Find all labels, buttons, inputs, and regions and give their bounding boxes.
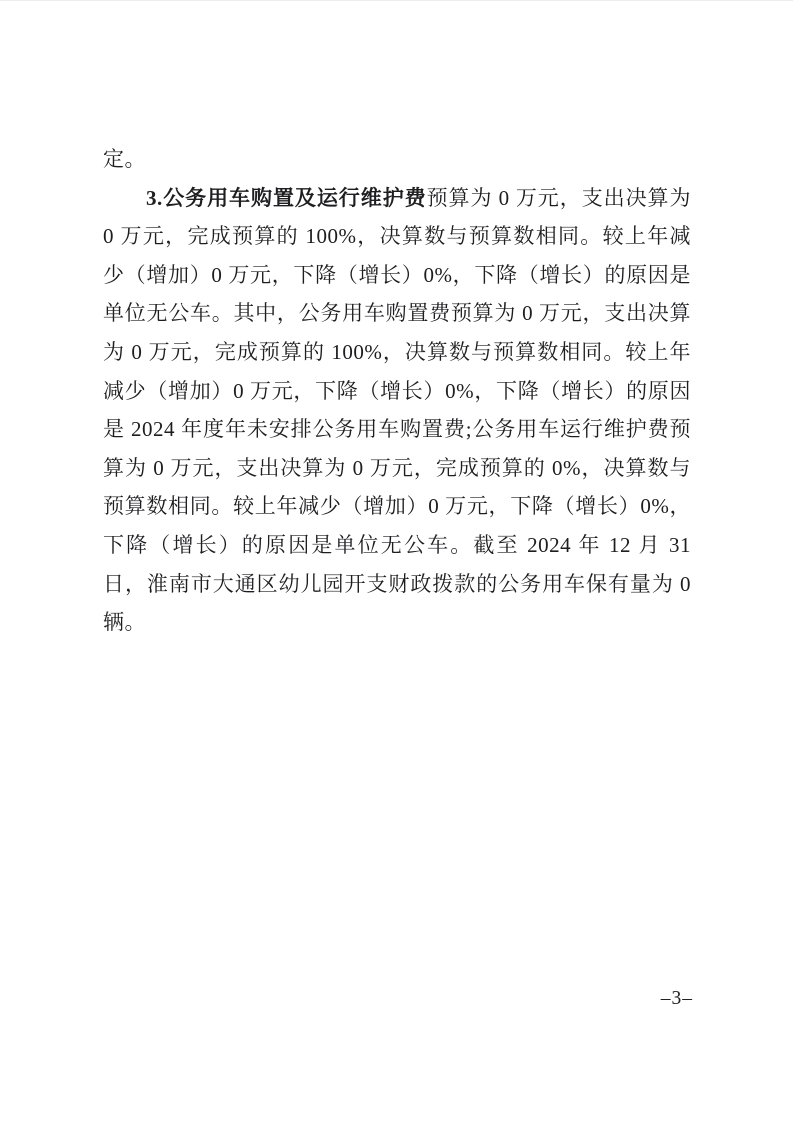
paragraph-body-text: 预算为 0 万元，支出决算为 0 万元，完成预算的 100%，决算数与预算数相同… — [103, 186, 691, 635]
paragraph-bold-lead: 3.公务用车购置及运行维护费 — [146, 186, 427, 210]
paragraph-vehicle-budget: 3.公务用车购置及运行维护费预算为 0 万元，支出决算为 0 万元，完成预算的 … — [103, 179, 691, 642]
paragraph-continuation: 定。 — [103, 140, 691, 179]
page-number: –3– — [661, 988, 693, 1010]
document-body: 定。 3.公务用车购置及运行维护费预算为 0 万元，支出决算为 0 万元，完成预… — [103, 140, 691, 642]
